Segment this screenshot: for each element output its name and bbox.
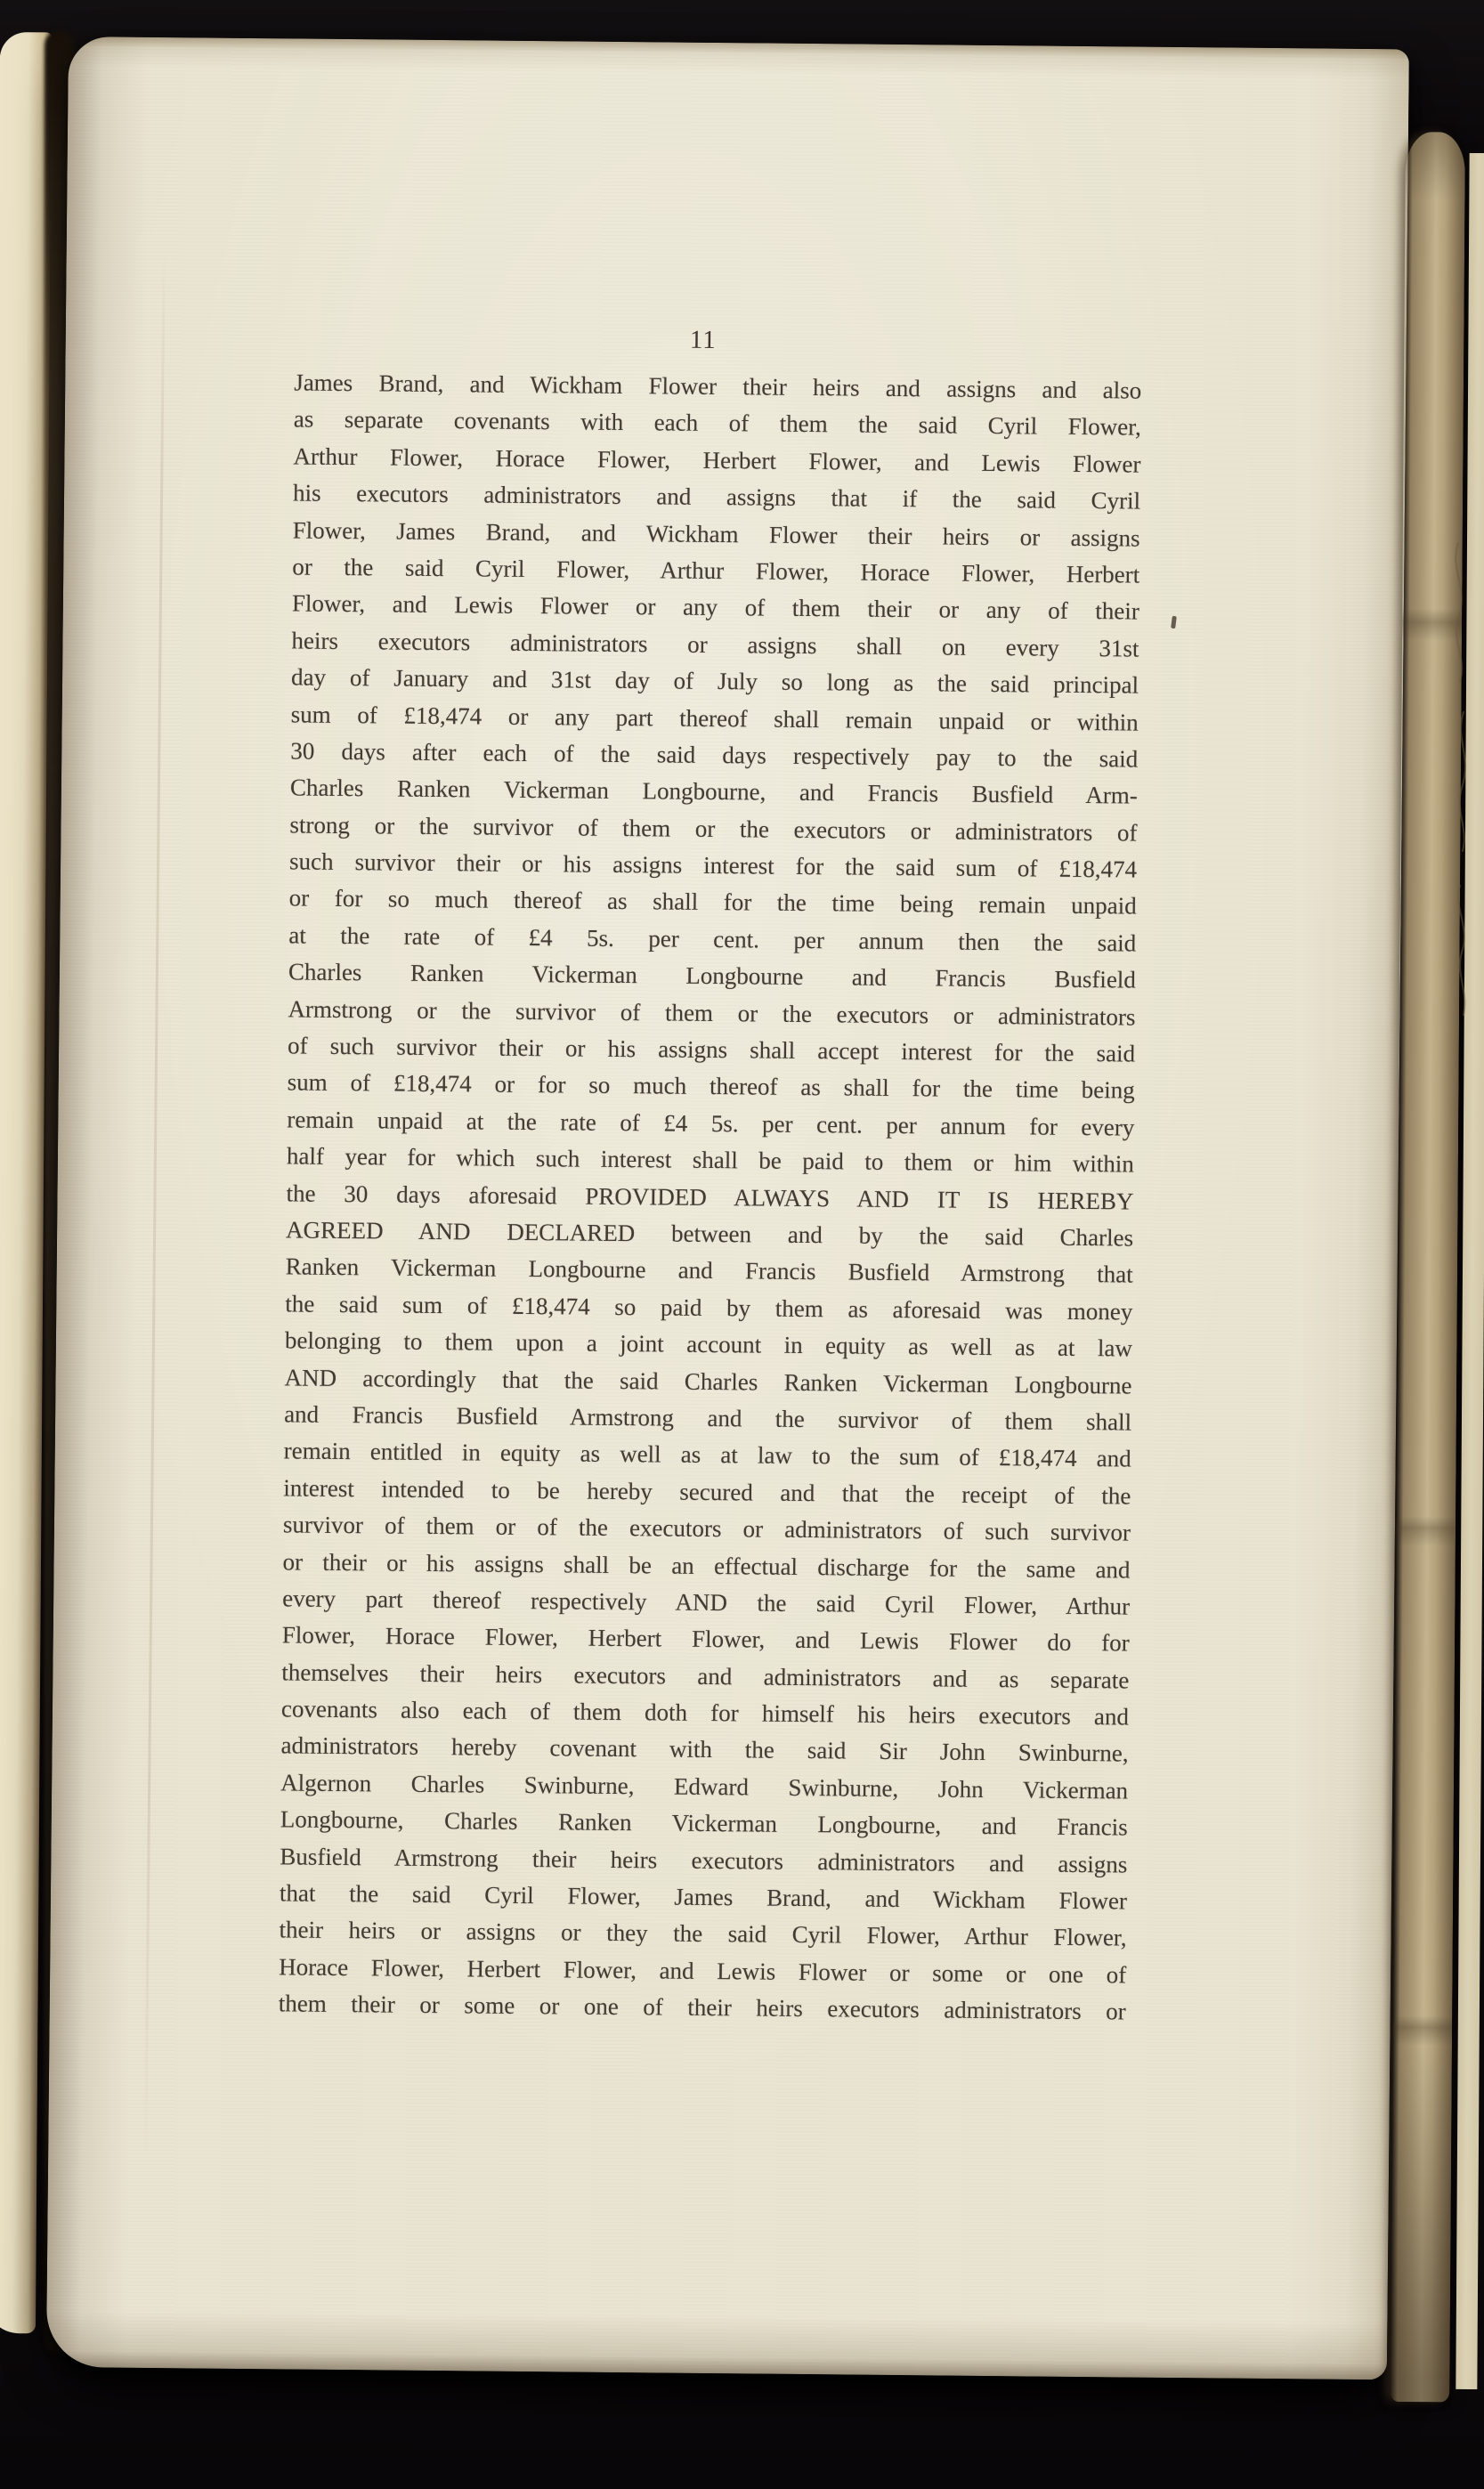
text-line: them their or some or one of their heirs…	[279, 1986, 1126, 2031]
book-page: 11 James Brand, and Wickham Flower their…	[46, 36, 1409, 2380]
paper-crease	[144, 251, 166, 2165]
page-number: 11	[280, 321, 1127, 359]
page-text-block: James Brand, and Wickham Flower their he…	[279, 364, 1142, 2031]
show-through-marks	[1423, 534, 1484, 1033]
scan-photo-background: 11 James Brand, and Wickham Flower their…	[0, 0, 1484, 2489]
